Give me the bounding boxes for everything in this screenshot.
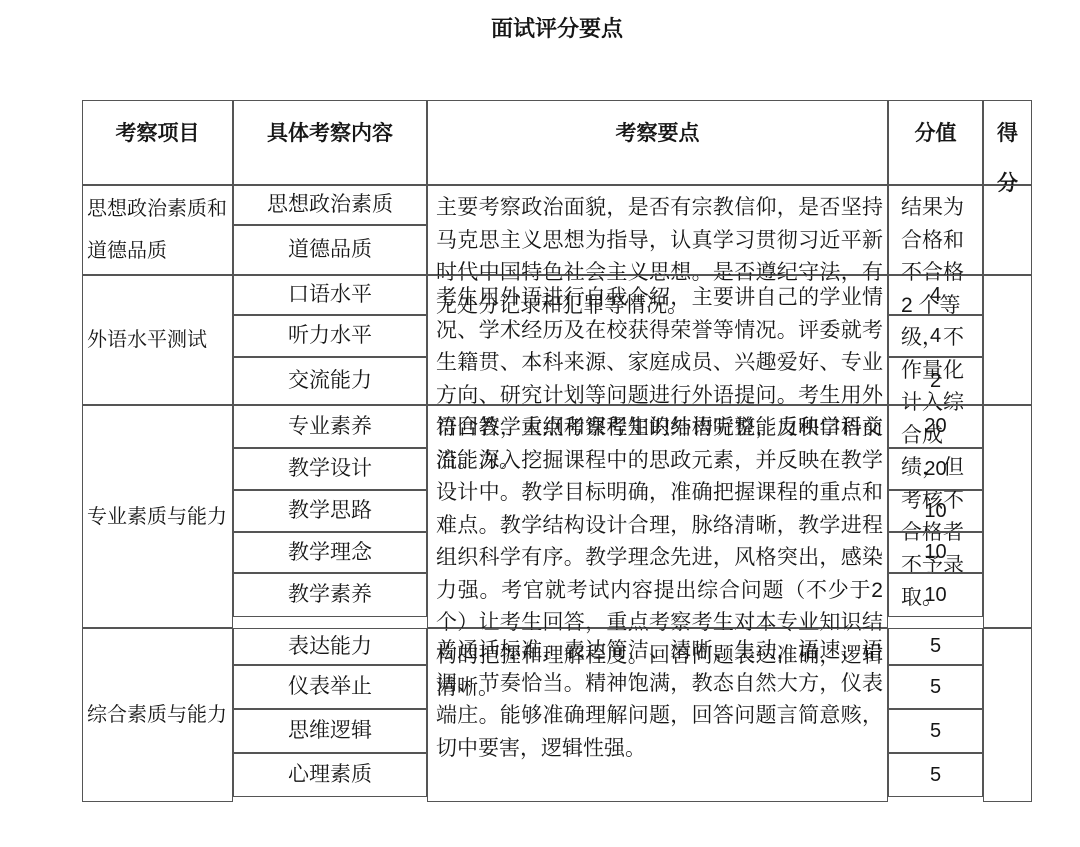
content-cell: 教学设计 — [233, 448, 427, 490]
header-score-obtained: 得分 — [983, 100, 1032, 185]
score-obtained-cell — [983, 185, 1032, 275]
page-title: 面试评分要点 — [82, 14, 1032, 44]
score-cell: 5 — [888, 753, 983, 797]
score-cell: 10 — [888, 573, 983, 617]
section-item-label: 思想政治素质和道德品质 — [82, 185, 233, 275]
score-obtained-cell — [983, 405, 1032, 628]
score-cell: 5 — [888, 665, 983, 709]
content-cell: 教学理念 — [233, 532, 427, 573]
header-inspection-item: 考察项目 — [82, 100, 233, 185]
section-item-label: 综合素质与能力 — [82, 628, 233, 802]
content-cell: 思维逻辑 — [233, 709, 427, 753]
score-note-cell: 结果为合格和不合格 2 个等级，不作量化计入综合成绩，但考核不合格者不予录取。 — [888, 185, 983, 275]
content-cell: 心理素质 — [233, 753, 427, 797]
content-cell: 交流能力 — [233, 357, 427, 405]
score-cell: 5 — [888, 709, 983, 753]
points-cell: 考生用外语进行自我介绍，主要讲自己的学业情况、学术经历及在校获得荣誉等情况。评委… — [427, 275, 888, 405]
points-cell: 普通话标准，表达简洁、清晰、生动，语速、语调、节奏恰当。精神饱满，教态自然大方，… — [427, 628, 888, 802]
score-cell: 20 — [888, 405, 983, 448]
content-cell: 仪表举止 — [233, 665, 427, 709]
content-cell: 道德品质 — [233, 225, 427, 275]
score-cell: 10 — [888, 490, 983, 532]
content-cell: 教学思路 — [233, 490, 427, 532]
content-cell: 听力水平 — [233, 315, 427, 357]
score-obtained-cell — [983, 628, 1032, 802]
content-cell: 思想政治素质 — [233, 185, 427, 225]
content-cell: 表达能力 — [233, 628, 427, 665]
points-cell: 符合教学大纲和课程知识结构完整，反映学科前沿。深入挖掘课程中的思政元素，并反映在… — [427, 405, 888, 628]
section-item-label: 外语水平测试 — [82, 275, 233, 405]
header-key-points: 考察要点 — [427, 100, 888, 185]
score-cell: 20 — [888, 448, 983, 490]
header-specific-content: 具体考察内容 — [233, 100, 427, 185]
score-cell: 10 — [888, 532, 983, 573]
scoring-table: 考察项目 具体考察内容 考察要点 分值 得分 思想政治素质和道德品质 思想政治素… — [82, 100, 1032, 802]
score-cell: 2 — [888, 357, 983, 405]
score-cell: 5 — [888, 628, 983, 665]
points-cell: 主要考察政治面貌，是否有宗教信仰，是否坚持马克思主义思想为指导，认真学习贯彻习近… — [427, 185, 888, 275]
score-cell: 4 — [888, 275, 983, 315]
content-cell: 教学素养 — [233, 573, 427, 617]
content-cell: 口语水平 — [233, 275, 427, 315]
content-cell: 专业素养 — [233, 405, 427, 448]
score-cell: 4 — [888, 315, 983, 357]
section-item-label: 专业素质与能力 — [82, 405, 233, 628]
header-score-value: 分值 — [888, 100, 983, 185]
score-obtained-cell — [983, 275, 1032, 405]
